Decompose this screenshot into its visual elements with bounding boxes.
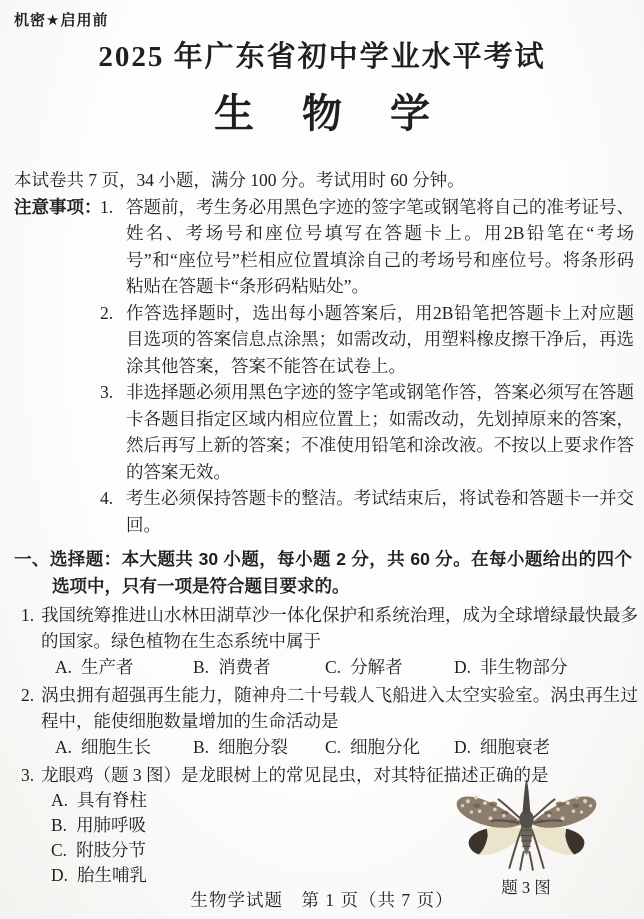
option-label: B. <box>51 813 67 838</box>
notice-number: 3. <box>100 379 113 406</box>
notice-number: 4. <box>100 485 113 512</box>
option-a: A.细胞生长 <box>55 734 193 760</box>
notice-number: 2. <box>100 300 113 327</box>
option-label: D. <box>454 654 471 680</box>
question-2: 2. 涡虫拥有超强再生能力，随神舟二十号载人飞船进入太空实验室。涡虫再生过程中，… <box>21 682 638 760</box>
option-label: C. <box>325 734 341 760</box>
subject-title-text: 生物学 <box>214 89 478 139</box>
option-text: 细胞衰老 <box>480 737 550 757</box>
option-text: 胎生哺乳 <box>77 865 147 885</box>
option-d: D.细胞衰老 <box>454 734 638 760</box>
option-label: C. <box>325 654 341 680</box>
option-text: 细胞生长 <box>81 737 151 757</box>
option-label: A. <box>51 788 68 813</box>
option-label: B. <box>193 734 209 760</box>
question-number: 3. <box>21 762 34 788</box>
option-b: B.消费者 <box>193 654 325 680</box>
notice-text: 考生必须保持答题卡的整洁。考试结束后，将试卷和答题卡一并交回。 <box>126 488 634 535</box>
notice-item-1: 1. 答题前，考生务必用黑色字迹的签字笔或钢笔将自己的准考证号、姓名、考场号和座… <box>126 194 634 300</box>
option-label: D. <box>51 863 68 888</box>
option-a: A.生产者 <box>55 654 193 680</box>
options-row: A.生产者 B.消费者 C.分解者 D.非生物部分 <box>41 654 638 680</box>
notice-text: 答题前，考生务必用黑色字迹的签字笔或钢笔将自己的准考证号、姓名、考场号和座位号填… <box>126 197 634 297</box>
question-list: 1. 我国统筹推进山水林田湖草沙一体化保护和系统治理，成为全球增绿最快最多的国家… <box>21 602 638 888</box>
option-text: 生产者 <box>81 657 134 677</box>
option-label: A. <box>55 734 72 760</box>
option-text: 具有脊柱 <box>77 790 147 810</box>
classification-notice: 机密★启用前 <box>14 9 108 30</box>
option-text: 非生物部分 <box>480 657 568 677</box>
option-text: 消费者 <box>218 657 271 677</box>
question-number: 1. <box>21 602 34 628</box>
question-stem: 我国统筹推进山水林田湖草沙一体化保护和系统治理，成为全球增绿最快最多的国家。绿色… <box>41 602 638 654</box>
notice-text: 作答选择题时，选出每小题答案后，用2B铅笔把答题卡上对应题目选项的答案信息点涂黑… <box>126 303 634 376</box>
option-label: B. <box>193 654 209 680</box>
notice-item-2: 2. 作答选择题时，选出每小题答案后，用2B铅笔把答题卡上对应题目选项的答案信息… <box>126 300 634 380</box>
option-d: D.非生物部分 <box>454 654 638 680</box>
notice-item-4: 4. 考生必须保持答题卡的整洁。考试结束后，将试卷和答题卡一并交回。 <box>126 485 634 538</box>
question-stem: 涡虫拥有超强再生能力，随神舟二十号载人飞船进入太空实验室。涡虫再生过程中，能使细… <box>41 682 638 734</box>
lanternfly-figure: 题 3 图 <box>442 776 610 898</box>
option-text: 用肺呼吸 <box>76 815 146 835</box>
option-label: A. <box>55 654 72 680</box>
option-c: C.细胞分化 <box>325 734 454 760</box>
notices-label: 注意事项： <box>14 194 102 221</box>
option-text: 细胞分化 <box>350 737 420 757</box>
question-3: 3. 龙眼鸡（题 3 图）是龙眼树上的常见昆虫，对其特征描述正确的是 A.具有脊… <box>21 762 638 888</box>
option-text: 细胞分裂 <box>218 737 288 757</box>
option-c: C.分解者 <box>325 654 454 680</box>
notice-text: 非选择题必须用黑色字迹的签字笔或钢笔作答，答案必须写在答题卡各题目指定区域内相应… <box>126 382 634 482</box>
notice-number: 1. <box>100 194 113 221</box>
exam-paper-page: 机密★启用前 2025 年广东省初中学业水平考试 生物学 本试卷共 7 页，34… <box>0 0 644 919</box>
option-label: C. <box>51 838 67 863</box>
subject-title: 生物学 <box>0 89 644 139</box>
option-label: D. <box>454 734 471 760</box>
section-header: 一、选择题：本大题共 30 小题，每小题 2 分，共 60 分。在每小题给出的四… <box>14 546 632 600</box>
notice-item-3: 3. 非选择题必须用黑色字迹的签字笔或钢笔作答，答案必须写在答题卡各题目指定区域… <box>126 379 634 485</box>
notices-block: 注意事项： 1. 答题前，考生务必用黑色字迹的签字笔或钢笔将自己的准考证号、姓名… <box>14 194 634 539</box>
paper-instructions: 本试卷共 7 页，34 小题，满分 100 分。考试用时 60 分钟。 注意事项… <box>14 167 634 538</box>
paper-info-line: 本试卷共 7 页，34 小题，满分 100 分。考试用时 60 分钟。 <box>14 167 634 194</box>
option-text: 附肢分节 <box>76 840 146 860</box>
question-1: 1. 我国统筹推进山水林田湖草沙一体化保护和系统治理，成为全球增绿最快最多的国家… <box>21 602 638 680</box>
lanternfly-illustration <box>444 776 609 877</box>
option-b: B.细胞分裂 <box>193 734 325 760</box>
option-text: 分解者 <box>350 657 403 677</box>
question-number: 2. <box>21 682 34 708</box>
page-footer: 生物学试题 第 1 页（共 7 页） <box>0 887 644 912</box>
options-row: A.细胞生长 B.细胞分裂 C.细胞分化 D.细胞衰老 <box>41 734 638 760</box>
